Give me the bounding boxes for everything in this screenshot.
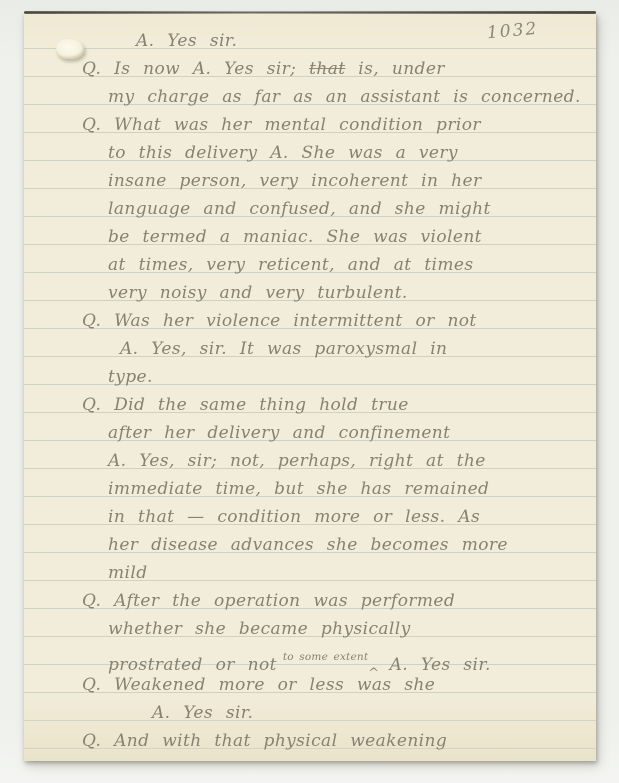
handwritten-line: Q. Weakened more or less was she (82, 672, 596, 700)
manuscript-paper: 1032 A. Yes sir.Q. Is now A. Yes sir; th… (24, 13, 596, 761)
handwritten-line: my charge as far as an assistant is conc… (108, 84, 596, 112)
handwritten-line: A. Yes sir. (136, 28, 596, 56)
handwritten-line: insane person, very incoherent in her (108, 168, 596, 196)
handwritten-line: language and confused, and she might (108, 196, 596, 224)
handwritten-line: A. Yes sir. (152, 700, 596, 728)
line-text: Q. Is now A. Yes sir; (82, 59, 309, 79)
handwritten-line: Q. Was her violence intermittent or not (82, 308, 596, 336)
handwritten-line: after her delivery and confinement (108, 420, 596, 448)
handwritten-line: Q. Did the same thing hold true (82, 392, 596, 420)
handwritten-line: Q. Is now A. Yes sir; that is, under (82, 56, 596, 84)
handwritten-line: whether she became physically (108, 616, 596, 644)
handwritten-line: to this delivery A. She was a very (108, 140, 596, 168)
handwritten-line: A. Yes, sir. It was paroxysmal in (120, 336, 596, 364)
handwritten-line: mild (108, 560, 596, 588)
handwritten-line: prostrated or notto some extent^A. Yes s… (108, 644, 596, 672)
handwritten-line: A. Yes, sir; not, perhaps, right at the (108, 448, 596, 476)
handwritten-line: in that — condition more or less. As (108, 504, 596, 532)
scan-background: 1032 A. Yes sir.Q. Is now A. Yes sir; th… (0, 0, 619, 783)
line-text: is, under (345, 59, 444, 79)
handwritten-line: Q. And with that physical weakening (82, 728, 596, 756)
handwritten-line: type. (108, 364, 596, 392)
handwritten-line: at times, very reticent, and at times (108, 252, 596, 280)
handwritten-line: very noisy and very turbulent. (108, 280, 596, 308)
manuscript-lines: A. Yes sir.Q. Is now A. Yes sir; that is… (24, 13, 596, 756)
insertion-text: to some extent (283, 644, 368, 670)
handwritten-line: Q. What was her mental condition prior (82, 112, 596, 140)
handwritten-line: immediate time, but she has remained (108, 476, 596, 504)
strike-text: that (309, 59, 345, 79)
handwritten-line: be termed a maniac. She was violent (108, 224, 596, 252)
handwritten-line: Q. After the operation was performed (82, 588, 596, 616)
handwritten-line: her disease advances she becomes more (108, 532, 596, 560)
